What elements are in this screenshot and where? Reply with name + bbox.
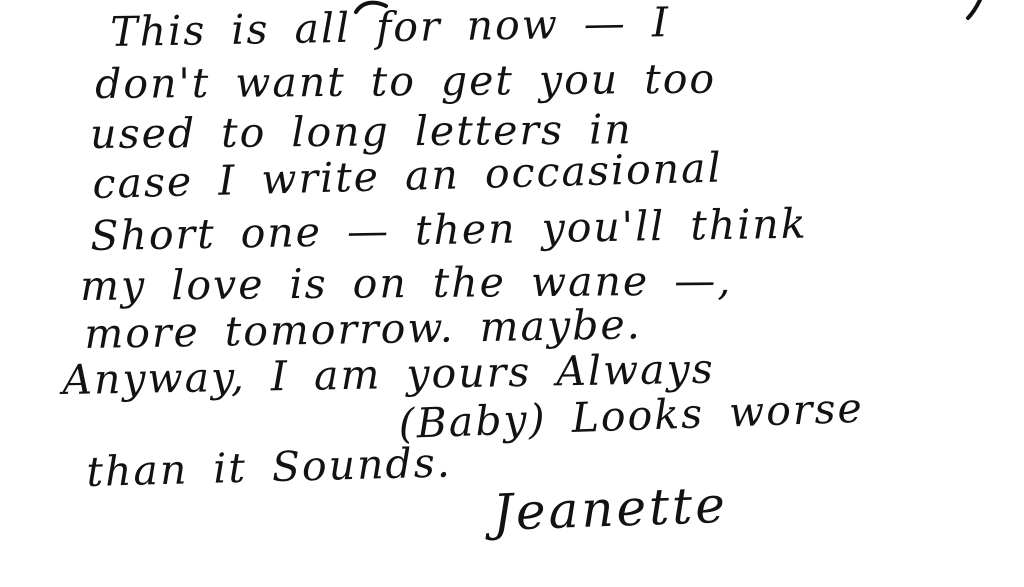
handwritten-line-5: Short one — then you'll think xyxy=(90,203,808,257)
handwritten-line-2: don't want to get you too xyxy=(95,59,716,105)
letter-page: This is all for now — I don't want to ge… xyxy=(0,0,1024,587)
handwritten-line-1: This is all for now — I xyxy=(110,2,670,53)
signature: Jeanette xyxy=(492,480,729,538)
cutoff-ink-stroke-icon xyxy=(962,0,988,20)
handwritten-line-10: than it Sounds. xyxy=(86,442,452,493)
